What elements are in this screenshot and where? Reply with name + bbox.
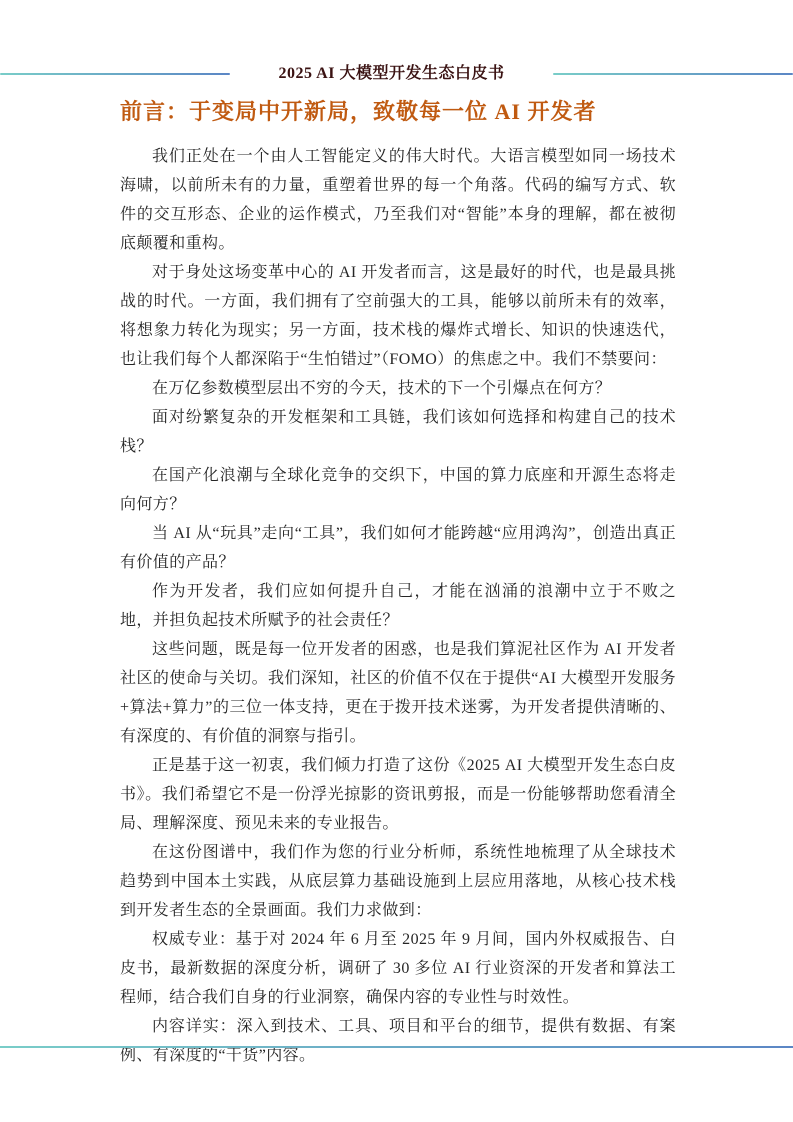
paragraph: 对于身处这场变革中心的 AI 开发者而言，这是最好的时代，也是最具挑战的时代。一… [120,258,676,374]
section-heading: 前言：于变局中开新局，致敬每一位 AI 开发者 [120,97,676,127]
paragraph: 内容详实：深入到技术、工具、项目和平台的细节，提供有数据、有案例、有深度的“干货… [120,1012,676,1070]
paragraph: 在万亿参数模型层出不穷的今天，技术的下一个引爆点在何方？ [120,374,676,403]
header-rule-left [0,73,230,75]
paragraph: 面对纷繁复杂的开发框架和工具链，我们该如何选择和构建自己的技术栈？ [120,403,676,461]
footer-rule [0,1046,793,1048]
header-rule-right [553,73,793,75]
paragraph: 在国产化浪潮与全球化竞争的交织下，中国的算力底座和开源生态将走向何方？ [120,461,676,519]
paragraph: 作为开发者，我们应如何提升自己，才能在汹涌的浪潮中立于不败之地，并担负起技术所赋… [120,577,676,635]
paragraph: 正是基于这一初衷，我们倾力打造了这份《2025 AI 大模型开发生态白皮书》。我… [120,751,676,838]
paragraph: 我们正处在一个由人工智能定义的伟大时代。大语言模型如同一场技术海啸，以前所未有的… [120,142,676,258]
paragraph: 当 AI 从“玩具”走向“工具”，我们如何才能跨越“应用鸿沟”，创造出真正有价值… [120,519,676,577]
page-header: 2025 AI 大模型开发生态白皮书 [0,64,793,84]
document-body: 前言：于变局中开新局，致敬每一位 AI 开发者 我们正处在一个由人工智能定义的伟… [120,97,676,1070]
paragraph: 在这份图谱中，我们作为您的行业分析师，系统性地梳理了从全球技术趋势到中国本土实践… [120,838,676,925]
paragraph: 这些问题，既是每一位开发者的困惑，也是我们算泥社区作为 AI 开发者社区的使命与… [120,635,676,751]
page-header-title: 2025 AI 大模型开发生态白皮书 [230,64,553,84]
paragraph: 权威专业：基于对 2024 年 6 月至 2025 年 9 月间，国内外权威报告… [120,925,676,1012]
document-page: 2025 AI 大模型开发生态白皮书 前言：于变局中开新局，致敬每一位 AI 开… [0,0,793,1122]
paragraphs-container: 我们正处在一个由人工智能定义的伟大时代。大语言模型如同一场技术海啸，以前所未有的… [120,142,676,1070]
